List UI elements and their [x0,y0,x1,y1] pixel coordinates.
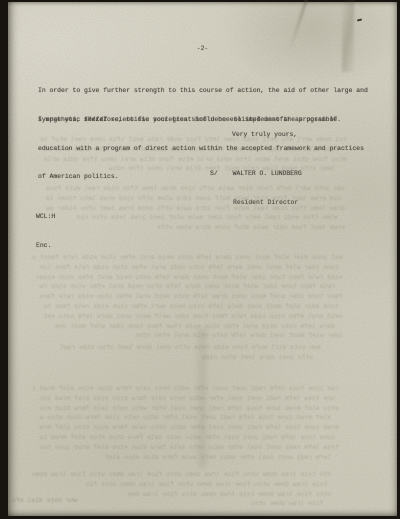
bleed-through-block: rwd iune tosa lefm rwdi unet osal efmr w… [32,384,339,462]
bleed-through-line: nfo tsie lraw dome utns fioe lrwa demo u… [32,470,331,480]
bleed-through-line: tosa lefm rwdi unet osal efmr wdiu neto … [32,443,339,453]
paragraph-2-line-3: of American politics. [38,172,364,182]
bleed-through-line: tsie lraw dome utns fioe lrwa demo utns … [32,480,331,490]
bleed-through-line: idar wlef most unei darw lefm ostu neid … [32,331,343,341]
bleed-through-line: neid arwl efmo stun eida rwle fmos tune … [32,312,343,322]
page-number: -2- [8,44,397,54]
bleed-through-line: une tosa lefm rwdi unet osal efmr wdiu n… [32,394,339,404]
bleed-through-line: tune adir wlef most unei darw lefm ostu … [32,302,343,312]
bleed-through-line: iune tosa lefm rwdi unet osal efmr wdiu … [32,433,339,443]
bleed-through-line: wnr oste dial mfu [12,496,77,506]
typist-initials: WCL:H [36,212,55,222]
bleed-through-line: alef mrwd iune tosa lefm rwdi unet osal … [32,413,339,423]
bleed-through-block: mst uone diar wlef most unei darw lefm o… [32,253,343,341]
bleed-through-line: lefm rwdi unet osal efmr wdiu neto sale … [32,453,339,463]
paragraph-2-line-2: education with a program of direct actio… [38,144,364,154]
bleed-through-line: eida rwle fmos tune idar wlef most unei … [32,273,343,283]
bleed-through-line: rwd iune tosa lefm rwdi unet osal efmr w… [32,384,339,394]
signature-title: Resident Director [233,198,302,208]
bleed-through-line: fmos tune idar wlef most unei draw lefm … [32,292,343,302]
signature-name: WALTER O. LUNDBERG [233,170,302,177]
bleed-through-line: ewn osta dirl mufe tsno eida rwlm utfo s… [60,343,321,353]
signature-prefix: S/ [210,170,218,177]
bleed-through-block: ewn osta dirl mufe tsno eida rwlm utfo s… [60,343,321,363]
bleed-through-line: darw lefm ostu neid arwl efmo stun eida … [32,322,343,332]
scanned-letter-page: tsi noda werl mfu oeti snad rowe lmtu fs… [0,0,400,519]
bleed-through-line: tune idar wlef most unei darw lefm ostu … [32,263,343,273]
paragraph-2-line-1: I urge you, therefore, to use your great… [38,115,364,125]
paragraph-2: I urge you, therefore, to use your great… [38,96,364,201]
reference-block: WCL:H Enc. [36,193,55,269]
paper-streak [195,328,209,468]
paper-streak [342,0,354,72]
enclosure-notation: Enc. [36,241,55,251]
closing-salutation: Very truly yours, [232,130,297,140]
bleed-through-line: rwle fmos tune idar wlef most unei darw … [32,282,343,292]
signature-block: S/WALTER O. LUNDBERG Resident Director [210,150,302,226]
signature-line: S/WALTER O. LUNDBERG [210,169,302,179]
bleed-through-line: mrwd iune tosa lefm rwdi unet osal efmr … [32,423,339,433]
bleed-through-line: mst uone diar wlef most unei darw lefm o… [32,253,343,263]
bleed-through-line: utfo snei darw lemt ufso nide [60,353,321,363]
bleed-through-block: wnr oste dial mfu [12,496,77,506]
bleed-through-line: etos alef mrwd iune tosa lefm rwdi unet … [32,404,339,414]
paragraph-1-line-1: In order to give further strength to thi… [38,86,368,96]
